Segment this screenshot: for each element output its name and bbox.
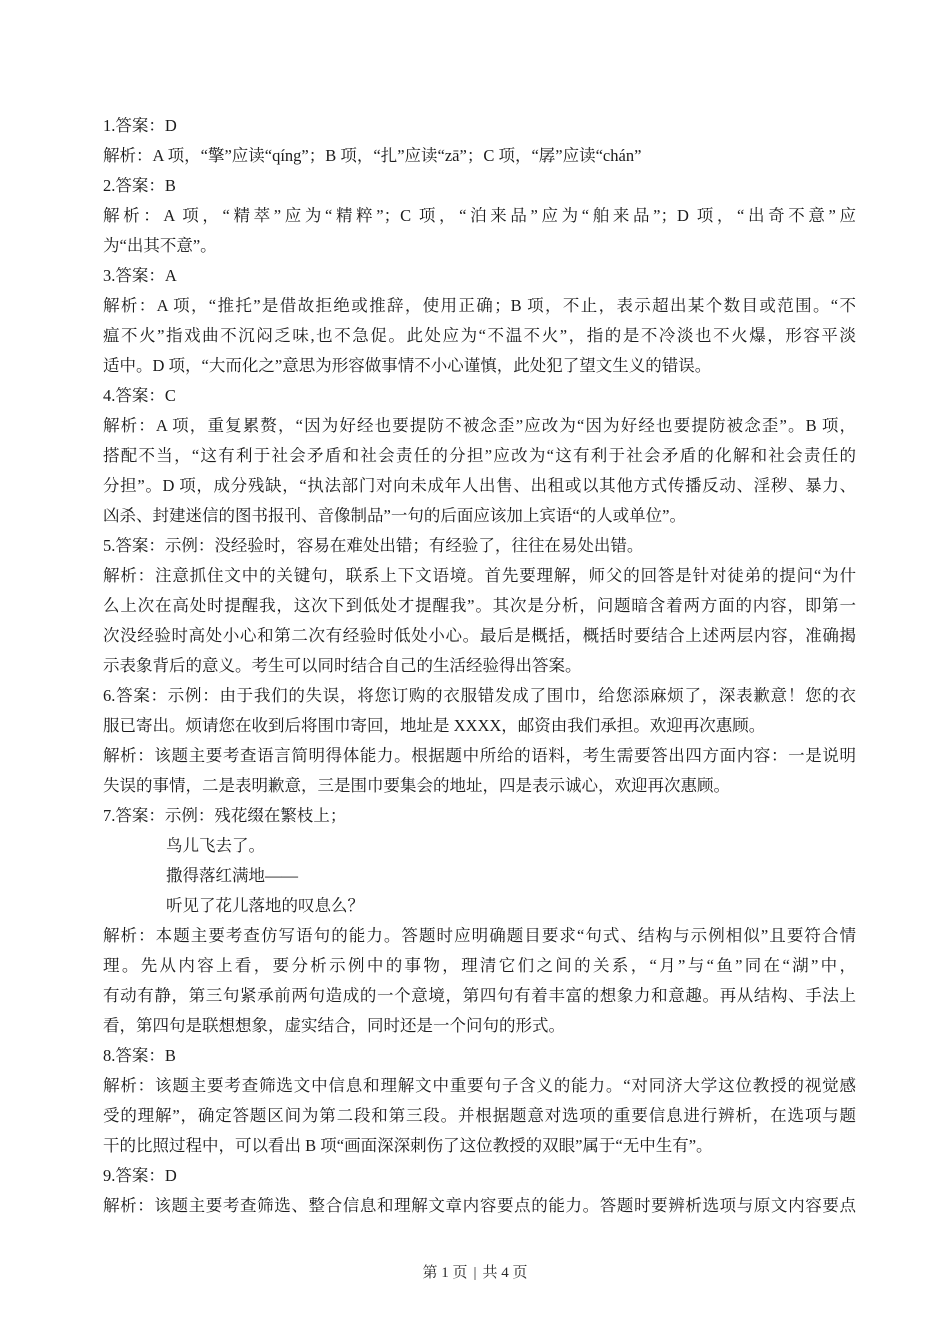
answer-key-text: 1.答案：D 解析：A 项，“擎”应读“qíng”；B 项，“扎”应读“zā”；… bbox=[103, 111, 856, 1221]
analysis-4: 解析：A 项，重复累赘，“因为好经也要提防不被念歪”应改为“因为好经也要提防被念… bbox=[103, 411, 856, 441]
answer-5: 5.答案：示例：没经验时，容易在难处出错；有经验了，往往在易处出错。 bbox=[103, 531, 856, 561]
analysis-2-cont: 为“出其不意”。 bbox=[103, 231, 856, 261]
answer-9: 9.答案：D bbox=[103, 1161, 856, 1191]
analysis-1: 解析：A 项，“擎”应读“qíng”；B 项，“扎”应读“zā”；C 项，“孱”… bbox=[103, 141, 856, 171]
answer-1: 1.答案：D bbox=[103, 111, 856, 141]
answer-3: 3.答案：A bbox=[103, 261, 856, 291]
analysis-4-end: 凶杀、封建迷信的图书报刊、音像制品”一句的后面应该加上宾语“的人或单位”。 bbox=[103, 501, 856, 531]
analysis-7: 解析：本题主要考查仿写语句的能力。答题时应明确题目要求“句式、结构与示例相似”且… bbox=[103, 921, 856, 951]
answer-6: 6.答案：示例：由于我们的失误，将您订购的衣服错发成了围巾，给您添麻烦了，深表歉… bbox=[103, 681, 856, 711]
analysis-4-cont2: 分担”。D 项，成分残缺，“执法部门对向未成年人出售、出租或以其他方式传播反动、… bbox=[103, 471, 856, 501]
analysis-5-end: 示表象背后的意义。考生可以同时结合自己的生活经验得出答案。 bbox=[103, 651, 856, 681]
analysis-3: 解析：A 项，“推托”是借故拒绝或推辞，使用正确；B 项，不止，表示超出某个数目… bbox=[103, 291, 856, 321]
analysis-5: 解析：注意抓住文中的关键句，联系上下文语境。首先要理解，师父的回答是针对徒弟的提… bbox=[103, 561, 856, 591]
answer-7-poem-line: 听见了花儿落地的叹息么？ bbox=[103, 891, 856, 921]
analysis-7-cont: 理。先从内容上看，要分析示例中的事物，理清它们之间的关系，“月”与“鱼”同在“湖… bbox=[103, 951, 856, 981]
analysis-4-cont: 搭配不当，“这有利于社会矛盾和社会责任的分担”应改为“这有利于社会矛盾的化解和社… bbox=[103, 441, 856, 471]
answer-6-cont: 服已寄出。烦请您在收到后将围巾寄回，地址是 XXXX，邮资由我们承担。欢迎再次惠… bbox=[103, 711, 856, 741]
answer-7: 7.答案：示例：残花缀在繁枝上； bbox=[103, 801, 856, 831]
analysis-8-end: 干的比照过程中，可以看出 B 项“画面深深刺伤了这位教授的双眼”属于“无中生有”… bbox=[103, 1131, 856, 1161]
footer-separator: | bbox=[473, 1265, 476, 1281]
analysis-5-cont: 么上次在高处时提醒我，这次下到低处才提醒我”。其次是分析，问题暗含着两方面的内容… bbox=[103, 591, 856, 621]
document-page: 1.答案：D 解析：A 项，“擎”应读“qíng”；B 项，“扎”应读“zā”；… bbox=[0, 0, 950, 1344]
analysis-7-cont2: 有动有静，第三句紧承前两句造成的一个意境，第四句有着丰富的想象力和意趣。再从结构… bbox=[103, 981, 856, 1011]
answer-7-poem-line: 鸟儿飞去了。 bbox=[103, 831, 856, 861]
analysis-6-end: 失误的事情，二是表明歉意，三是围巾要集会的地址，四是表示诚心，欢迎再次惠顾。 bbox=[103, 771, 856, 801]
analysis-7-end: 看，第四句是联想想象，虚实结合，同时还是一个问句的形式。 bbox=[103, 1011, 856, 1041]
analysis-3-end: 适中。D 项，“大而化之”意思为形容做事情不小心谨慎，此处犯了望文生义的错误。 bbox=[103, 351, 856, 381]
answer-2: 2.答案：B bbox=[103, 171, 856, 201]
analysis-8-cont: 受的理解”，确定答题区间为第二段和第三段。并根据题意对选项的重要信息进行辨析，在… bbox=[103, 1101, 856, 1131]
answer-4: 4.答案：C bbox=[103, 381, 856, 411]
page-footer: 第 1 页|共 4 页 bbox=[0, 1262, 950, 1284]
answer-7-poem-line: 撒得落红满地—— bbox=[103, 861, 856, 891]
analysis-2: 解析：A 项，“精萃”应为“精粹”；C 项，“泊来品”应为“舶来品”；D 项，“… bbox=[103, 201, 856, 231]
page-total-label: 共 4 页 bbox=[483, 1265, 528, 1281]
analysis-8: 解析：该题主要考查筛选文中信息和理解文中重要句子含义的能力。“对同济大学这位教授… bbox=[103, 1071, 856, 1101]
analysis-5-cont2: 次没经验时高处小心和第二次有经验时低处小心。最后是概括，概括时要结合上述两层内容… bbox=[103, 621, 856, 651]
analysis-6: 解析：该题主要考查语言简明得体能力。根据题中所给的语料，考生需要答出四方面内容：… bbox=[103, 741, 856, 771]
answer-8: 8.答案：B bbox=[103, 1041, 856, 1071]
analysis-9: 解析：该题主要考查筛选、整合信息和理解文章内容要点的能力。答题时要辨析选项与原文… bbox=[103, 1191, 856, 1221]
page-number-label: 第 1 页 bbox=[422, 1265, 467, 1281]
analysis-3-cont: 瘟不火”指戏曲不沉闷乏味,也不急促。此处应为“不温不火”，指的是不冷淡也不火爆，… bbox=[103, 321, 856, 351]
